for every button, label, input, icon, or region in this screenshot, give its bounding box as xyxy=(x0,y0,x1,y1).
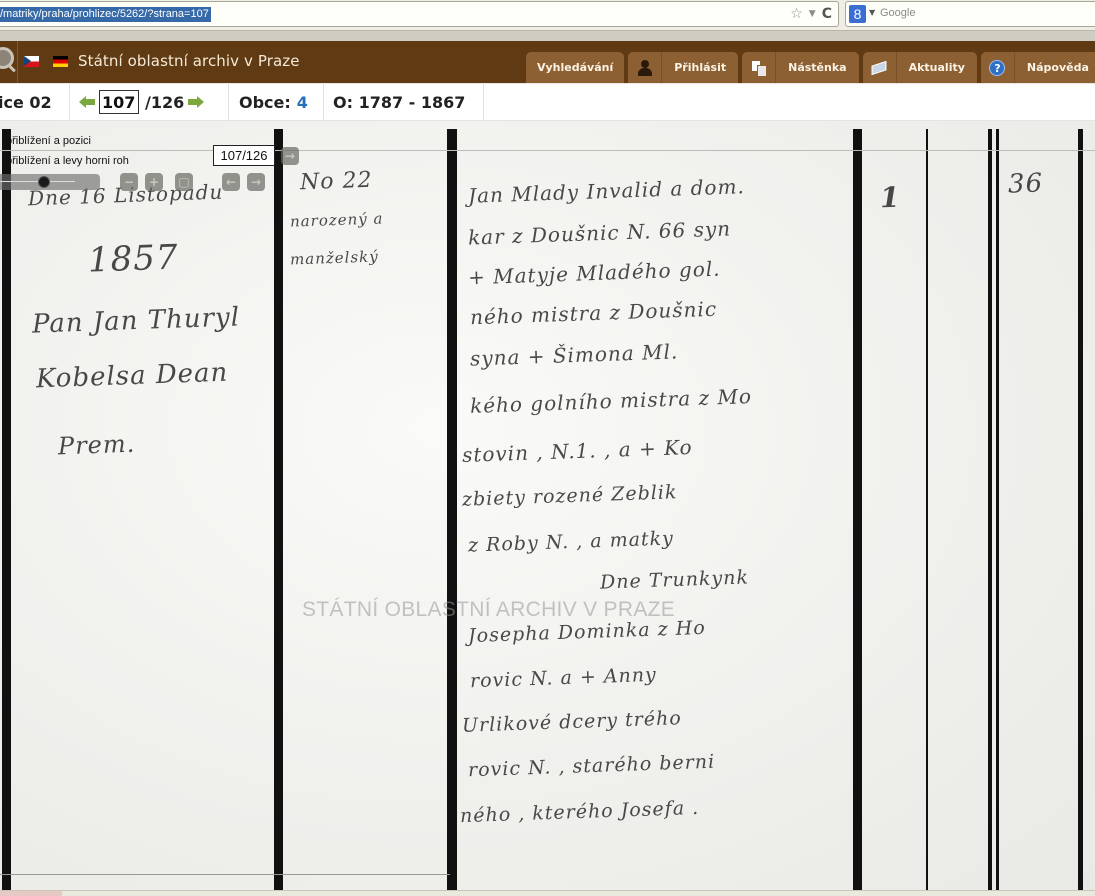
next-page-overlay-button[interactable]: → xyxy=(281,147,299,165)
site-title[interactable]: Státní oblastní archiv v Praze xyxy=(78,52,300,70)
nav-news[interactable]: Aktuality xyxy=(863,52,977,83)
column-rule xyxy=(853,129,862,890)
column-rule xyxy=(926,129,928,890)
previous-page-arrow-icon[interactable] xyxy=(79,96,95,108)
entry-line: z Roby N. , a matky xyxy=(468,527,675,556)
zoom-out-button[interactable]: − xyxy=(120,173,138,191)
page-indicator: 107/126 xyxy=(213,145,275,166)
handwritten-priest-line3: Prem. xyxy=(58,430,136,461)
entry-line: Dne Trunkynk xyxy=(600,566,750,593)
date-range-text: O: 1787 - 1867 xyxy=(333,93,465,112)
book-signature: ice 02 xyxy=(0,84,70,120)
zoom-slider[interactable] xyxy=(0,174,100,190)
nav-login[interactable]: Přihlásit xyxy=(628,52,738,83)
engine-dropdown-icon[interactable]: ▼ xyxy=(869,8,875,17)
page-navigator: /126 xyxy=(70,84,229,120)
villages-info: Obce: 4 xyxy=(229,84,324,120)
triangle-down-icon[interactable]: ▼ xyxy=(809,5,816,23)
handwritten-year: 1857 xyxy=(87,237,179,280)
documents-icon xyxy=(752,61,766,75)
handwritten-mark: 1 xyxy=(879,181,901,215)
scan-viewer[interactable]: Dne 16 Listopadu 1857 Pan Jan Thuryl Kob… xyxy=(0,121,1095,890)
nav-board-label: Nástěnka xyxy=(776,61,858,74)
archive-watermark: STÁTNÍ OBLASTNÍ ARCHIV V PRAZE xyxy=(302,598,675,622)
entry-line: rovic N. a + Anny xyxy=(470,664,657,693)
previous-image-button[interactable]: ← xyxy=(222,173,240,191)
german-flag-icon[interactable] xyxy=(53,56,68,67)
column-rule xyxy=(996,129,999,890)
column-rule xyxy=(2,129,11,890)
status-indicator xyxy=(0,891,62,896)
next-page-arrow-icon[interactable] xyxy=(188,96,204,108)
browser-toolbar: /matriky/praha/prohlizec/5262/?strana=10… xyxy=(0,0,1095,31)
star-icon[interactable]: ☆ xyxy=(790,5,803,23)
book-signature-text: ice 02 xyxy=(0,93,52,112)
entry-line: zbiety rozené Zeblik xyxy=(462,481,678,511)
entry-line: kého golního mistra z Mo xyxy=(470,384,753,418)
handwritten-birth-status: narozený a xyxy=(290,209,384,230)
google-engine-icon[interactable]: 8 xyxy=(849,5,866,23)
entry-line: syna + Šimona Ml. xyxy=(470,339,679,370)
nav-help[interactable]: ? Nápověda xyxy=(981,52,1095,83)
news-icon xyxy=(872,60,887,74)
entry-line: stovin , N.1. , a + Ko xyxy=(462,435,693,467)
nav-board[interactable]: Nástěnka xyxy=(742,52,858,83)
handwritten-number: No 22 xyxy=(300,168,373,196)
column-rule xyxy=(1078,129,1083,890)
handwritten-priest-line2: Kobelsa Dean xyxy=(36,358,229,395)
nav-news-label: Aktuality xyxy=(897,61,977,74)
column-rule xyxy=(274,129,283,890)
nav-help-label: Nápověda xyxy=(1015,61,1095,74)
page-number-input[interactable] xyxy=(99,90,139,114)
entry-line: ného , kterého Josefa . xyxy=(460,797,700,827)
handwritten-priest: Pan Jan Thuryl xyxy=(32,302,241,339)
column-rule xyxy=(988,129,992,890)
address-bar-icons: ☆ ▼ C xyxy=(790,5,832,23)
handwritten-house-number: 36 xyxy=(1007,168,1043,199)
entry-line: + Matyje Mladého gol. xyxy=(468,257,721,290)
czech-flag-icon[interactable] xyxy=(24,56,39,67)
address-bar[interactable]: /matriky/praha/prohlizec/5262/?strana=10… xyxy=(0,1,839,27)
site-header: Státní oblastní archiv v Praze Vyhledává… xyxy=(0,41,1095,83)
help-icon: ? xyxy=(989,60,1005,76)
handwritten-birth-status-2: manželský xyxy=(290,247,379,268)
entry-line: rovic N. , starého berni xyxy=(468,751,716,782)
search-placeholder: Google xyxy=(880,7,915,19)
villages-label: Obce: xyxy=(239,93,291,112)
scanned-register-page[interactable]: Dne 16 Listopadu 1857 Pan Jan Thuryl Kob… xyxy=(0,121,1095,890)
nav-search[interactable]: Vyhledávání xyxy=(526,52,624,83)
nav-search-label: Vyhledávání xyxy=(526,61,624,74)
zoom-in-button[interactable]: + xyxy=(145,173,163,191)
entry-line: ného mistra z Doušnic xyxy=(470,297,718,330)
nav-login-label: Přihlásit xyxy=(662,61,738,74)
header-divider xyxy=(17,41,18,83)
browser-status-bar xyxy=(0,890,1095,896)
reload-icon[interactable]: C xyxy=(822,5,832,23)
browser-tab-strip xyxy=(0,31,1095,41)
zoom-slider-handle[interactable] xyxy=(38,176,50,188)
browser-search-box[interactable]: 8 ▼ Google xyxy=(845,1,1095,27)
row-rule xyxy=(0,874,450,875)
date-range: O: 1787 - 1867 xyxy=(324,84,484,120)
column-rule xyxy=(447,129,457,890)
zoom-hint-position: přiblížení a pozici xyxy=(6,135,91,147)
url-text[interactable]: /matriky/praha/prohlizec/5262/?strana=10… xyxy=(0,7,211,22)
register-info-bar: ice 02 /126 Obce: 4 O: 1787 - 1867 xyxy=(0,83,1095,121)
villages-count-link[interactable]: 4 xyxy=(297,93,308,112)
zoom-hint-top-left: přiblížení a levy horni roh xyxy=(6,155,129,167)
main-nav: Vyhledávání Přihlásit Nástěnka Aktuality… xyxy=(526,52,1095,83)
magnifier-handle xyxy=(8,65,16,73)
fit-page-button[interactable]: ▢ xyxy=(175,173,193,191)
page-total: /126 xyxy=(145,93,184,112)
row-rule xyxy=(0,150,1095,151)
user-icon xyxy=(638,60,652,76)
entry-line: kar z Doušnic N. 66 syn xyxy=(468,216,732,249)
next-image-button[interactable]: → xyxy=(247,173,265,191)
entry-line: Urlikové dcery trého xyxy=(462,707,682,737)
entry-line: Jan Mlady Invalid a dom. xyxy=(468,174,746,208)
